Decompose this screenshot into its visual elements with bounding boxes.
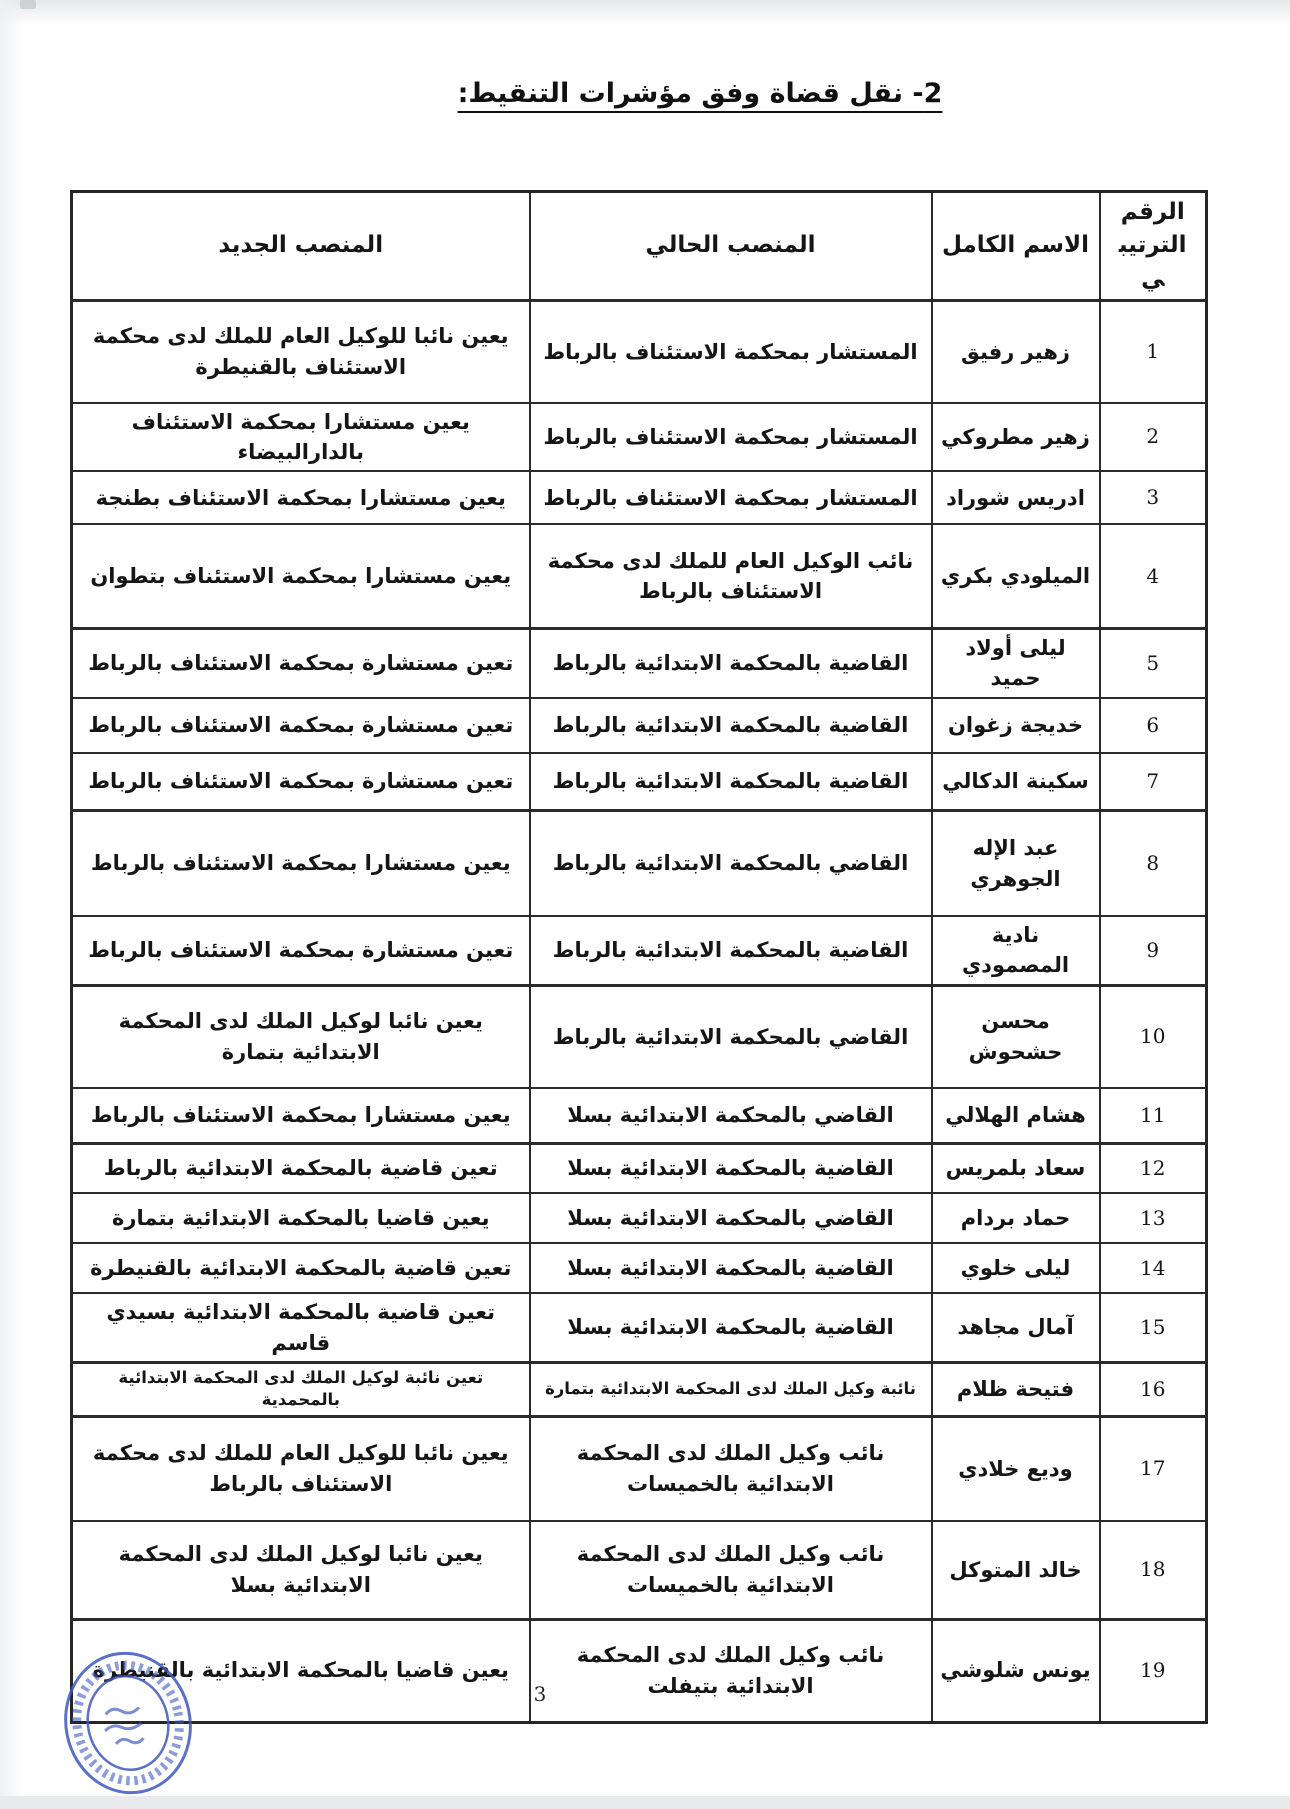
cell-new-position: تعين مستشارة بمحكمة الاستئناف بالرباط bbox=[72, 628, 530, 697]
cell-current-position: القاضي بالمحكمة الابتدائية بالرباط bbox=[530, 985, 932, 1088]
cell-order-number: 5 bbox=[1100, 628, 1207, 697]
cell-full-name: سكينة الدكالي bbox=[932, 753, 1100, 811]
cell-current-position: القاضية بالمحكمة الابتدائية بالرباط bbox=[530, 753, 932, 811]
table-row: 18خالد المتوكلنائب وكيل الملك لدى المحكم… bbox=[72, 1521, 1207, 1619]
table-row: 10محسن حشحوشالقاضي بالمحكمة الابتدائية ب… bbox=[72, 985, 1207, 1088]
cell-full-name: حماد بردام bbox=[932, 1193, 1100, 1243]
cell-current-position: القاضية بالمحكمة الابتدائية بالرباط bbox=[530, 698, 932, 753]
cell-current-position: القاضي بالمحكمة الابتدائية بالرباط bbox=[530, 811, 932, 916]
cell-order-number: 15 bbox=[1100, 1293, 1207, 1362]
cell-order-number: 3 bbox=[1100, 471, 1207, 524]
stamp-center-text bbox=[115, 1735, 144, 1747]
cell-order-number: 12 bbox=[1100, 1143, 1207, 1193]
cell-current-position: القاضية بالمحكمة الابتدائية بسلا bbox=[530, 1143, 932, 1193]
cell-order-number: 9 bbox=[1100, 916, 1207, 985]
cell-order-number: 13 bbox=[1100, 1193, 1207, 1243]
table-row: 5ليلى أولاد حميدالقاضية بالمحكمة الابتدا… bbox=[72, 628, 1207, 697]
cell-order-number: 4 bbox=[1100, 524, 1207, 628]
cell-current-position: المستشار بمحكمة الاستئناف بالرباط bbox=[530, 301, 932, 403]
cell-current-position: نائبة وكيل الملك لدى المحكمة الابتدائية … bbox=[530, 1363, 932, 1417]
cell-full-name: ادريس شوراد bbox=[932, 471, 1100, 524]
official-stamp bbox=[58, 1648, 198, 1798]
cell-order-number: 14 bbox=[1100, 1243, 1207, 1293]
table-header-row: الرقم الترتيبي الاسم الكامل المنصب الحال… bbox=[72, 192, 1207, 301]
cell-current-position: القاضية بالمحكمة الابتدائية بالرباط bbox=[530, 916, 932, 985]
cell-new-position: يعين مستشارا بمحكمة الاستئناف بالرباط bbox=[72, 811, 530, 916]
scan-edge-top bbox=[0, 0, 1290, 26]
stamp-center-text bbox=[105, 1704, 140, 1718]
cell-order-number: 19 bbox=[1100, 1619, 1207, 1722]
scanned-document-page: 2- نقل قضاة وفق مؤشرات التنقيط: الرقم ال… bbox=[0, 0, 1290, 1809]
scan-edge-left bbox=[0, 0, 22, 1809]
table-row: 15آمال مجاهدالقاضية بالمحكمة الابتدائية … bbox=[72, 1293, 1207, 1362]
section-title-text: 2- نقل قضاة وفق مؤشرات التنقيط: bbox=[458, 78, 943, 109]
header-current-position: المنصب الحالي bbox=[530, 192, 932, 301]
cell-full-name: وديع خلادي bbox=[932, 1416, 1100, 1521]
table-row: 17وديع خلادينائب وكيل الملك لدى المحكمة … bbox=[72, 1416, 1207, 1521]
cell-order-number: 6 bbox=[1100, 698, 1207, 753]
header-new-position: المنصب الجديد bbox=[72, 192, 530, 301]
cell-full-name: ليلى أولاد حميد bbox=[932, 628, 1100, 697]
cell-order-number: 10 bbox=[1100, 985, 1207, 1088]
cell-new-position: تعين مستشارة بمحكمة الاستئناف بالرباط bbox=[72, 753, 530, 811]
cell-full-name: يونس شلوشي bbox=[932, 1619, 1100, 1722]
cell-full-name: عبد الإله الجوهري bbox=[932, 811, 1100, 916]
cell-new-position: تعين مستشارة بمحكمة الاستئناف بالرباط bbox=[72, 916, 530, 985]
cell-new-position: تعين مستشارة بمحكمة الاستئناف بالرباط bbox=[72, 698, 530, 753]
cell-full-name: محسن حشحوش bbox=[932, 985, 1100, 1088]
cell-full-name: خديجة زغوان bbox=[932, 698, 1100, 753]
cell-new-position: يعين مستشارا بمحكمة الاستئناف بالرباط bbox=[72, 1088, 530, 1143]
cell-order-number: 11 bbox=[1100, 1088, 1207, 1143]
cell-full-name: الميلودي بكري bbox=[932, 524, 1100, 628]
cell-order-number: 7 bbox=[1100, 753, 1207, 811]
cell-current-position: القاضي بالمحكمة الابتدائية بسلا bbox=[530, 1193, 932, 1243]
cell-new-position: يعين مستشارا بمحكمة الاستئناف بطنجة bbox=[72, 471, 530, 524]
table-row: 16فتيحة ظلامنائبة وكيل الملك لدى المحكمة… bbox=[72, 1363, 1207, 1417]
stamp-center-text bbox=[105, 1720, 142, 1734]
cell-new-position: يعين مستشارا بمحكمة الاستئناف بالدارالبي… bbox=[72, 403, 530, 472]
cell-full-name: خالد المتوكل bbox=[932, 1521, 1100, 1619]
cell-current-position: القاضية بالمحكمة الابتدائية بسلا bbox=[530, 1293, 932, 1362]
table-row: 14ليلى خلويالقاضية بالمحكمة الابتدائية ب… bbox=[72, 1243, 1207, 1293]
cell-new-position: تعين قاضية بالمحكمة الابتدائية بالقنيطرة bbox=[72, 1243, 530, 1293]
cell-new-position: يعين قاضيا بالمحكمة الابتدائية بتمارة bbox=[72, 1193, 530, 1243]
cell-full-name: ليلى خلوي bbox=[932, 1243, 1100, 1293]
cell-new-position: يعين نائبا للوكيل العام للملك لدى محكمة … bbox=[72, 1416, 530, 1521]
table-row: 13حماد بردامالقاضي بالمحكمة الابتدائية ب… bbox=[72, 1193, 1207, 1243]
cell-new-position: تعين قاضية بالمحكمة الابتدائية بالرباط bbox=[72, 1143, 530, 1193]
cell-new-position: يعين نائبا للوكيل العام للملك لدى محكمة … bbox=[72, 301, 530, 403]
table-row: 2زهير مطروكيالمستشار بمحكمة الاستئناف با… bbox=[72, 403, 1207, 472]
cell-current-position: القاضية بالمحكمة الابتدائية بالرباط bbox=[530, 628, 932, 697]
table-row: 6خديجة زغوانالقاضية بالمحكمة الابتدائية … bbox=[72, 698, 1207, 753]
cell-new-position: تعين نائبة لوكيل الملك لدى المحكمة الابت… bbox=[72, 1363, 530, 1417]
cell-new-position: يعين نائبا لوكيل الملك لدى المحكمة الابت… bbox=[72, 985, 530, 1088]
cell-current-position: المستشار بمحكمة الاستئناف بالرباط bbox=[530, 471, 932, 524]
table-row: 12سعاد بلمريسالقاضية بالمحكمة الابتدائية… bbox=[72, 1143, 1207, 1193]
cell-new-position: تعين قاضية بالمحكمة الابتدائية بسيدي قاس… bbox=[72, 1293, 530, 1362]
table-row: 11هشام الهلاليالقاضي بالمحكمة الابتدائية… bbox=[72, 1088, 1207, 1143]
judges-transfer-table: الرقم الترتيبي الاسم الكامل المنصب الحال… bbox=[70, 190, 1208, 1724]
cell-new-position: يعين مستشارا بمحكمة الاستئناف بتطوان bbox=[72, 524, 530, 628]
cell-new-position: يعين نائبا لوكيل الملك لدى المحكمة الابت… bbox=[72, 1521, 530, 1619]
cell-current-position: المستشار بمحكمة الاستئناف بالرباط bbox=[530, 403, 932, 472]
header-full-name: الاسم الكامل bbox=[932, 192, 1100, 301]
table-row: 1زهير رفيقالمستشار بمحكمة الاستئناف بالر… bbox=[72, 301, 1207, 403]
cell-full-name: زهير رفيق bbox=[932, 301, 1100, 403]
cell-order-number: 8 bbox=[1100, 811, 1207, 916]
cell-current-position: نائب وكيل الملك لدى المحكمة الابتدائية ب… bbox=[530, 1619, 932, 1722]
section-title: 2- نقل قضاة وفق مؤشرات التنقيط: bbox=[55, 78, 1290, 109]
cell-full-name: سعاد بلمريس bbox=[932, 1143, 1100, 1193]
header-order-number: الرقم الترتيبي bbox=[1100, 192, 1207, 301]
cell-current-position: نائب وكيل الملك لدى المحكمة الابتدائية ب… bbox=[530, 1416, 932, 1521]
cell-full-name: آمال مجاهد bbox=[932, 1293, 1100, 1362]
cell-current-position: نائب وكيل الملك لدى المحكمة الابتدائية ب… bbox=[530, 1521, 932, 1619]
cell-full-name: زهير مطروكي bbox=[932, 403, 1100, 472]
cell-full-name: فتيحة ظلام bbox=[932, 1363, 1100, 1417]
table-row: 3ادريس شورادالمستشار بمحكمة الاستئناف با… bbox=[72, 471, 1207, 524]
cell-order-number: 16 bbox=[1100, 1363, 1207, 1417]
cell-current-position: القاضية بالمحكمة الابتدائية بسلا bbox=[530, 1243, 932, 1293]
scan-corner-mark bbox=[20, 0, 36, 9]
cell-full-name: هشام الهلالي bbox=[932, 1088, 1100, 1143]
cell-order-number: 2 bbox=[1100, 403, 1207, 472]
cell-full-name: نادية المصمودي bbox=[932, 916, 1100, 985]
table-row: 19يونس شلوشينائب وكيل الملك لدى المحكمة … bbox=[72, 1619, 1207, 1722]
table-row: 7سكينة الدكاليالقاضية بالمحكمة الابتدائي… bbox=[72, 753, 1207, 811]
cell-order-number: 17 bbox=[1100, 1416, 1207, 1521]
cell-order-number: 18 bbox=[1100, 1521, 1207, 1619]
table-row: 9نادية المصموديالقاضية بالمحكمة الابتدائ… bbox=[72, 916, 1207, 985]
table-row: 8عبد الإله الجوهريالقاضي بالمحكمة الابتد… bbox=[72, 811, 1207, 916]
cell-current-position: القاضي بالمحكمة الابتدائية بسلا bbox=[530, 1088, 932, 1143]
cell-current-position: نائب الوكيل العام للملك لدى محكمة الاستئ… bbox=[530, 524, 932, 628]
cell-order-number: 1 bbox=[1100, 301, 1207, 403]
table-row: 4الميلودي بكرينائب الوكيل العام للملك لد… bbox=[72, 524, 1207, 628]
